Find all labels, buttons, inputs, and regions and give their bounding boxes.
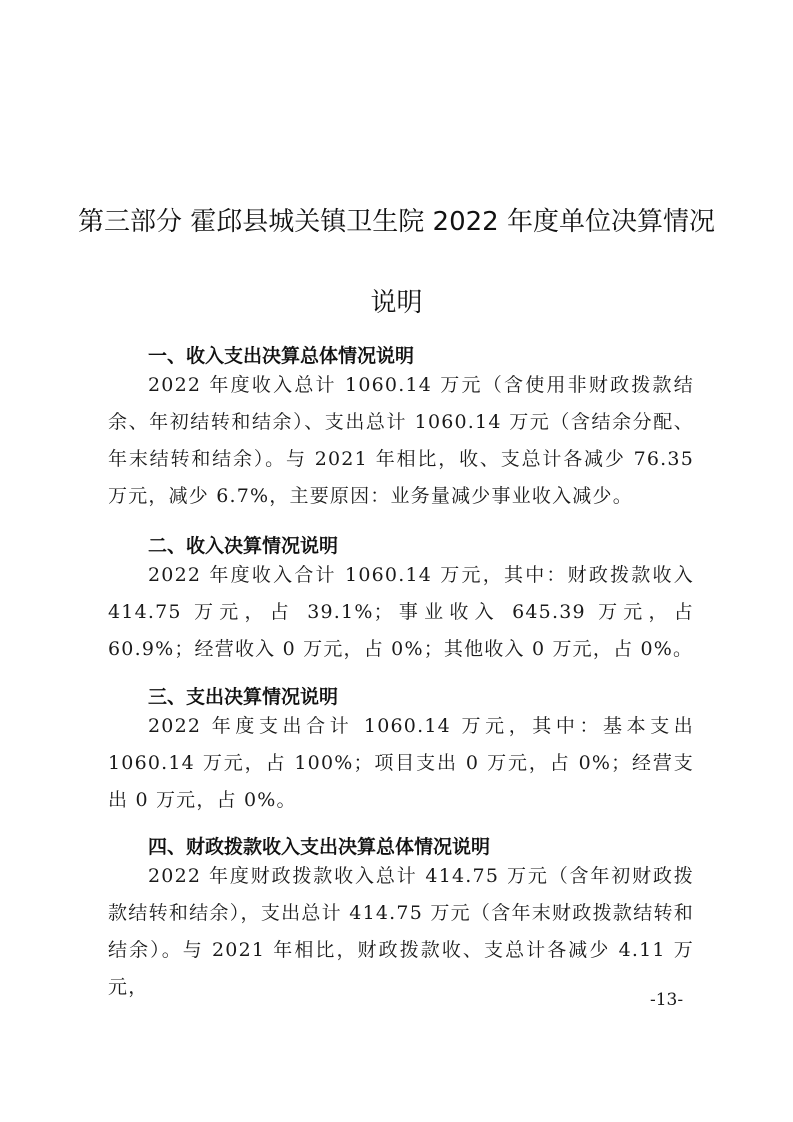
section-heading-4: 四、财政拨款收入支出决算总体情况说明 [148, 832, 490, 859]
section-body-1: 2022 年度收入总计 1060.14 万元（含使用非财政拨款结余、年初结转和结… [108, 367, 694, 515]
section-body-3: 2022 年度支出合计 1060.14 万元，其中：基本支出 1060.14 万… [108, 708, 694, 819]
section-heading-3: 三、支出决算情况说明 [148, 682, 338, 709]
document-page: 第三部分 霍邱县城关镇卫生院 2022 年度单位决算情况 说明 一、收入支出决算… [0, 0, 793, 1122]
section-heading-2: 二、收入决算情况说明 [148, 531, 338, 558]
page-number: -13- [650, 990, 683, 1010]
section-body-2: 2022 年度收入合计 1060.14 万元，其中：财政拨款收入 414.75 … [108, 557, 694, 668]
section-body-4: 2022 年度财政拨款收入总计 414.75 万元（含年初财政拨款结转和结余），… [108, 858, 694, 1006]
page-title: 第三部分 霍邱县城关镇卫生院 2022 年度单位决算情况 [0, 201, 793, 238]
section-heading-1: 一、收入支出决算总体情况说明 [148, 341, 414, 368]
page-title-continuation: 说明 [0, 282, 793, 319]
